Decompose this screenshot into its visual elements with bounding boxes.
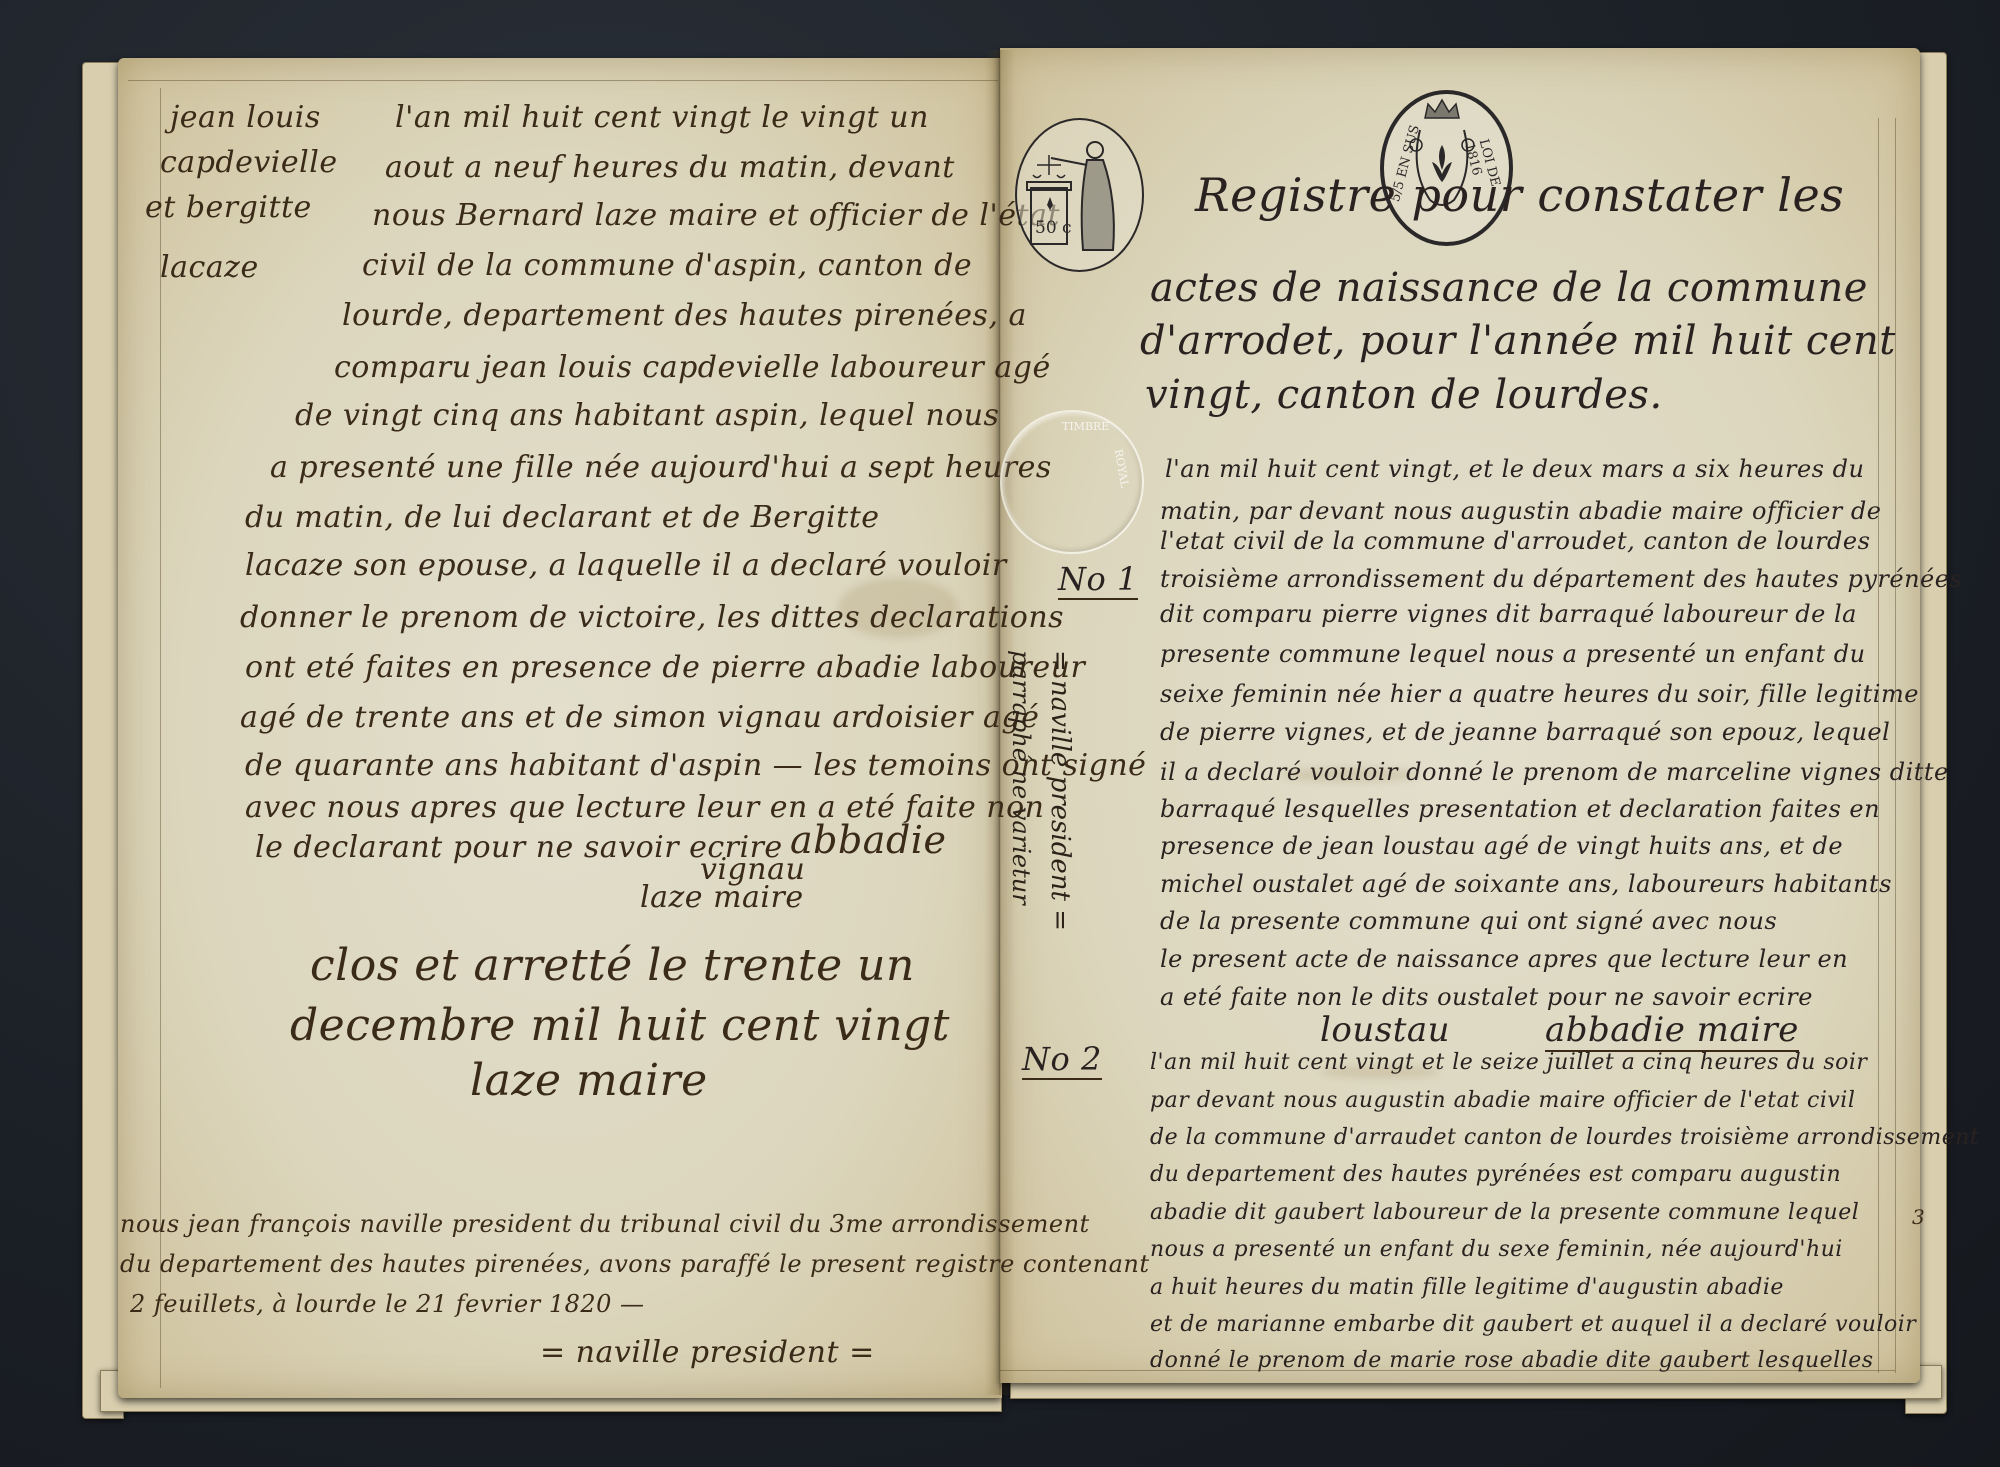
- signature-loustau: loustau: [1320, 1010, 1450, 1050]
- entry-line: et de marianne embarbe dit gaubert et au…: [1150, 1312, 1916, 1337]
- entry-line: par devant nous augustin abadie maire of…: [1150, 1088, 1855, 1113]
- entry-line: l'an mil huit cent vingt et le seize jui…: [1150, 1050, 1867, 1075]
- entry-number: No 2: [1022, 1040, 1102, 1080]
- body-line: l'an mil huit cent vingt le vingt un: [395, 100, 929, 135]
- entry-line: seixe feminin née hier a quatre heures d…: [1160, 680, 1919, 708]
- heading-line: vingt, canton de lourdes.: [1145, 372, 1663, 418]
- embossed-royal-seal: TIMBRE ROYAL: [1000, 410, 1144, 554]
- entry-line: il a declaré vouloir donné le prenom de …: [1160, 758, 1949, 786]
- signature-laze-maire: laze maire: [640, 880, 804, 915]
- entry-line: l'an mil huit cent vingt, et le deux mar…: [1165, 455, 1864, 483]
- right-page-margin-rule-2: [1895, 118, 1896, 1373]
- closing-line: decembre mil huit cent vingt: [290, 1000, 950, 1051]
- emboss-right-arc: ROYAL: [1112, 448, 1132, 489]
- body-line: nous Bernard laze maire et officier de l…: [372, 198, 1060, 233]
- entry-line: michel oustalet agé de soixante ans, lab…: [1160, 870, 1892, 898]
- heading-line: d'arrodet, pour l'année mil huit cent: [1140, 318, 1896, 364]
- margin-note-line: jean louis: [170, 100, 321, 135]
- body-line: du matin, de lui declarant et de Bergitt…: [245, 500, 880, 535]
- body-line: a presenté une fille née aujourd'hui a s…: [270, 450, 1052, 485]
- certification-line: 2 feuillets, à lourde le 21 fevrier 1820…: [130, 1290, 645, 1318]
- entry-line: l'etat civil de la commune d'arroudet, c…: [1160, 527, 1870, 555]
- margin-note-line: lacaze: [160, 250, 259, 285]
- certification-signature: = naville president =: [540, 1335, 875, 1370]
- entry-line: de pierre vignes, et de jeanne barraqué …: [1160, 718, 1890, 746]
- entry-line: barraqué lesquelles presentation et decl…: [1160, 795, 1880, 823]
- entry-line: a huit heures du matin fille legitime d'…: [1150, 1275, 1784, 1300]
- gutter-note-signature: = naville president =: [1045, 650, 1075, 931]
- entry-line: donné le prenom de marie rose abadie dit…: [1150, 1348, 1874, 1373]
- body-line: civil de la commune d'aspin, canton de: [362, 248, 972, 283]
- entry-line: presence de jean loustau agé de vingt hu…: [1160, 832, 1843, 860]
- margin-note-line: capdevielle: [160, 145, 338, 180]
- signature-abbadie-maire: abbadie maire: [1545, 1010, 1799, 1052]
- entry-line: abadie dit gaubert laboureur de la prese…: [1150, 1200, 1859, 1225]
- entry-number: No 1: [1058, 560, 1138, 600]
- body-line: lourde, departement des hautes pirenées,…: [342, 298, 1027, 333]
- body-line: de vingt cinq ans habitant aspin, lequel…: [295, 398, 999, 433]
- entry-line: nous a presenté un enfant du sexe femini…: [1150, 1237, 1843, 1262]
- entry-line: troisième arrondissement du département …: [1160, 565, 1962, 593]
- entry-line: de la commune d'arraudet canton de lourd…: [1150, 1125, 1979, 1150]
- closing-line: clos et arretté le trente un: [310, 940, 915, 991]
- entry-line: a eté faite non le dits oustalet pour ne…: [1160, 983, 1813, 1011]
- body-line: donner le prenom de victoire, les dittes…: [240, 600, 1064, 635]
- entry-line: matin, par devant nous augustin abadie m…: [1160, 497, 1881, 525]
- heading-line: Registre pour constater les: [1195, 168, 1844, 222]
- gutter-note-paraphe: parraphé ne varietur: [1007, 650, 1035, 905]
- margin-page-number: 3: [1912, 1205, 1925, 1229]
- emboss-top-arc: TIMBRE: [1062, 420, 1109, 433]
- entry-line: du departement des hautes pyrénées est c…: [1150, 1162, 1841, 1187]
- tax-stamp-justice: 50 c: [1015, 118, 1144, 272]
- body-line: lacaze son epouse, a laquelle il a decla…: [245, 548, 1007, 583]
- closing-signature: laze maire: [470, 1055, 708, 1106]
- entry-line: le present acte de naissance apres que l…: [1160, 945, 1848, 973]
- entry-line: presente commune lequel nous a presenté …: [1160, 640, 1866, 668]
- signature-abbadie: abbadie: [790, 818, 946, 862]
- body-line: agé de trente ans et de simon vignau ard…: [240, 700, 1039, 735]
- stamp-value: 50 c: [1035, 218, 1072, 238]
- left-page-top-rule: [128, 80, 998, 81]
- justice-figure-icon: [1017, 120, 1142, 270]
- entry-line: de la presente commune qui ont signé ave…: [1160, 907, 1777, 935]
- body-line: aout a neuf heures du matin, devant: [385, 150, 955, 185]
- body-line-with-name: donner le prenom de victoire, les dittes…: [240, 600, 1064, 635]
- certification-line: nous jean françois naville president du …: [120, 1210, 1090, 1238]
- heading-line: actes de naissance de la commune: [1150, 265, 1868, 311]
- body-line: ont eté faites en presence de pierre aba…: [245, 650, 1085, 685]
- certification-line: du departement des hautes pirenées, avon…: [120, 1250, 1150, 1278]
- entry-line: dit comparu pierre vignes dit barraqué l…: [1160, 600, 1857, 628]
- body-line: comparu jean louis capdevielle laboureur…: [334, 350, 1051, 385]
- margin-note-line: et bergitte: [145, 190, 312, 225]
